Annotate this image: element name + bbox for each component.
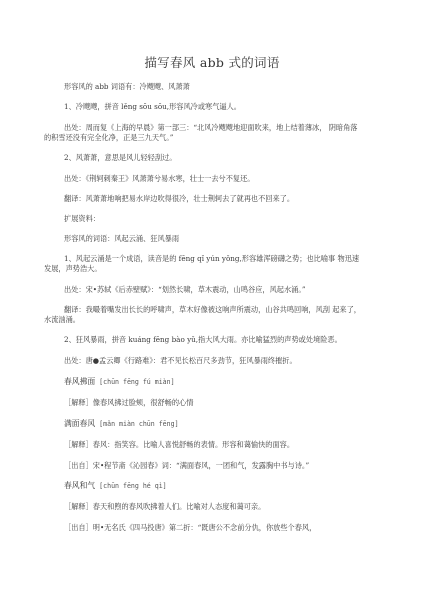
entry-pinyin: [chūn fēng hé qì] <box>95 482 166 490</box>
entry-pinyin: [chūn fēng fú miàn] <box>95 378 174 386</box>
entry-term: 满面春风 <box>64 419 95 428</box>
text-line: 2、风萧萧，意思是风儿轻轻刮过。 <box>64 153 176 162</box>
text-line: 扩展资料： <box>64 214 100 223</box>
text-line: 1、风起云涌是一个成语，读音是的 fēng qǐ yún yǒng,形容雄浑磅礴… <box>64 254 359 263</box>
entry-term: 春风拂面 <box>64 377 95 386</box>
entry-detail: ［解释］春天和煦的春风吹拂着人们。比喻对人态度和蔼可亲。 <box>64 502 265 511</box>
entry-detail: ［解释］像春风拂过脸颊，很舒畅的心情 <box>64 398 193 407</box>
entry-heading: 春风和气 [chūn fēng hé qì] <box>64 481 167 491</box>
text-line: 水流汹涌。 <box>44 315 80 324</box>
page-title: 描写春风 abb 式的词语 <box>0 53 424 71</box>
text-line: 出处：宋•苏轼《后赤壁赋》：“划然长啸，草木震动，山鸣谷应，风起水涌。” <box>64 285 306 294</box>
text-line: 发展，声势浩大。 <box>44 264 102 273</box>
entry-heading: 春风拂面 [chūn fēng fú miàn] <box>64 377 175 387</box>
text-line: 形容风的 abb 词语有：冷飕飕、风萧萧 <box>64 82 190 91</box>
entry-heading: 满面春风 [mǎn miàn chūn fēng] <box>64 419 179 429</box>
text-line: 的积雪还没有完全化净，正是三九天气。” <box>44 133 173 142</box>
text-line: 出处：周而复《上海的早晨》第一部三：“北风冷飕飕地迎面吹来，地上结着薄冰， 阴暗… <box>64 123 357 132</box>
entry-detail: ［出自］宋•程节斋《沁园春》词：“满面春风，一团和气，发露胸中书与诗。” <box>64 461 309 470</box>
text-line: 1、冷飕飕，拼音 lěng sōu sōu,形容风冷或寒气逼人。 <box>64 102 241 111</box>
entry-pinyin: [mǎn miàn chūn fēng] <box>95 420 178 428</box>
entry-detail: ［出自］明•无名氏《四马投唐》第二折：“既唐公不念前分仇，你放些个春风， <box>64 523 316 532</box>
text-line: 出处：唐●孟云卿《行路难》：君不见长松百尺多劲节，狂风暴雨终摧折。 <box>64 356 297 365</box>
entry-term: 春风和气 <box>64 481 95 490</box>
text-line: 出处：《荆轲刺秦王》风萧萧兮易水寒，壮士一去兮不复还。 <box>64 174 254 183</box>
text-line: 形容风的词语：风起云涌、狂风暴雨 <box>64 234 179 243</box>
entry-detail: ［解释］春风：指笑容。比喻人喜悦舒畅的表情。形容和蔼愉快的面容。 <box>64 440 294 449</box>
text-line: 翻译：我嘬着嘴发出长长的呼啸声，草木好像被这响声所震动，山谷共鸣回响，风刮 起来… <box>64 305 361 314</box>
document-page: 描写春风 abb 式的词语 形容风的 abb 词语有：冷飕飕、风萧萧1、冷飕飕，… <box>0 0 424 600</box>
text-line: 2、狂风暴雨，拼音 kuáng fēng bào yǔ,指大风大雨。亦比喻猛烈的… <box>64 335 342 344</box>
text-line: 翻译：风萧萧地响把易水岸边吹得很冷，壮士荆轲去了就再也不回来了。 <box>64 194 294 203</box>
